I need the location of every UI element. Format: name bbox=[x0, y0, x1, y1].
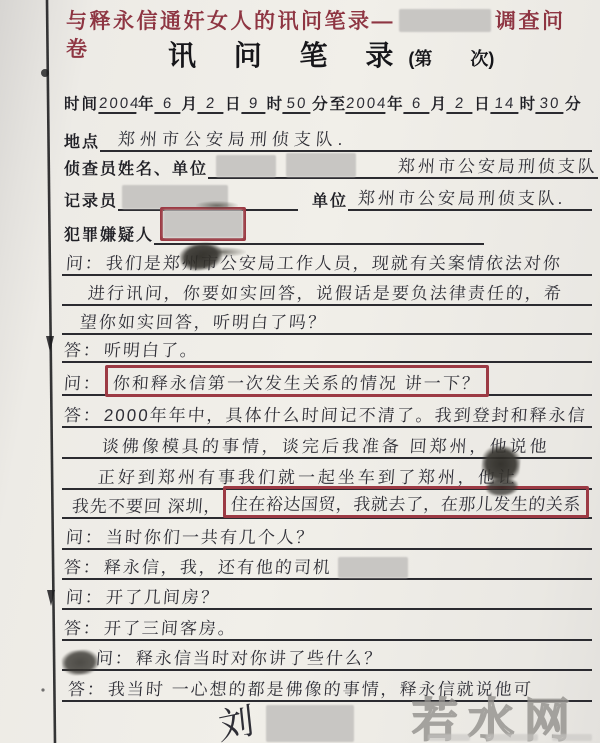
qa-line-2: 望你如实回答，听明白了吗？ bbox=[62, 305, 592, 335]
location-value: 郑州市公安局刑侦支队. bbox=[99, 125, 348, 150]
qa-line-10: 答： 释永信，我，还有他的司机 bbox=[62, 550, 592, 580]
interrogation-record-scan: 与释永信通奸女人的讯问笔录— 调查问 卷 讯 问 笔 录(第次) 时间 2004… bbox=[0, 0, 600, 743]
redacted-box-investigator-name bbox=[216, 155, 276, 177]
signature-character: 刘 bbox=[216, 692, 257, 743]
qa-text: 开了几间房？ bbox=[105, 583, 221, 608]
time-day-start: 2 bbox=[197, 95, 224, 114]
qa-text: 2000年年中，具体什么时间记不清了。我到登封和释永信 bbox=[103, 401, 588, 426]
qa-line-1: 进行讯问，你要如实回答，说假话是要负法律责任的，希 bbox=[62, 276, 592, 306]
location-label: 地点 bbox=[64, 129, 100, 152]
qa-text-boxed: 住在裕达国贸，我就去了，在那儿发生的关系 bbox=[230, 490, 582, 515]
unit-day: 日 bbox=[225, 92, 241, 114]
time-month-end: 6 bbox=[403, 95, 430, 114]
red-annotation-line1: 与释永信通奸女人的讯问笔录— 调查问 bbox=[66, 5, 566, 35]
field-recorder: 记录员 单位 郑州市公安局刑侦支队. bbox=[64, 185, 592, 211]
time-hour-start: 9 bbox=[241, 95, 266, 114]
qa-line-5: 答： 2000年年中，具体什么时间记不清了。我到登封和释永信 bbox=[62, 398, 592, 428]
title-text: 讯 问 笔 录 bbox=[168, 40, 408, 71]
qa-prefix: 答： bbox=[61, 336, 103, 361]
unit-minute: 分 bbox=[312, 92, 328, 114]
recorder-label: 记录员 bbox=[64, 188, 118, 211]
qa-text: 开了三间客房。 bbox=[103, 614, 238, 639]
qa-text: 进行讯问，你要如实回答，说假话是要负法律责任的，希 bbox=[61, 279, 564, 304]
unit-hour2: 时 bbox=[520, 92, 536, 114]
time-minute-end: 30 bbox=[536, 95, 565, 114]
time-month-start: 6 bbox=[154, 95, 181, 114]
qa-prefix: 答： bbox=[61, 401, 103, 426]
qa-line-13: 问： 释永信当时对你讲了些什么？ bbox=[62, 641, 592, 671]
recorder-unit-value: 郑州市公安局刑侦支队. bbox=[347, 184, 566, 209]
redacted-box-investigator-name2 bbox=[286, 153, 356, 177]
time-year-end: 2004 bbox=[345, 95, 386, 114]
qa-line-4: 问： 你和释永信第一次发生关系的情况 讲一下？ bbox=[62, 366, 592, 396]
time-label: 时间 bbox=[64, 92, 99, 114]
field-suspect: 犯罪嫌疑人 bbox=[64, 218, 484, 245]
redacted-box-header bbox=[399, 9, 491, 32]
watermark-subtext-blur-2 bbox=[486, 734, 538, 741]
time-day-end: 2 bbox=[446, 95, 473, 114]
redacted-box-driver-name bbox=[338, 557, 408, 578]
unit-month2: 月 bbox=[431, 92, 447, 114]
time-hour-end: 14 bbox=[490, 95, 519, 114]
ink-smudge-over-text bbox=[178, 240, 223, 273]
qa-text: 释永信当时对你讲了些什么？ bbox=[135, 644, 384, 669]
recorder-unit-label: 单位 bbox=[312, 188, 348, 211]
qa-prefix: 问： bbox=[61, 369, 103, 394]
field-location: 地点 郑州市公安局刑侦支队. bbox=[64, 126, 592, 152]
unit-to: 至 bbox=[330, 92, 346, 114]
qa-prefix: 问： bbox=[61, 523, 105, 548]
qa-text: 释永信，我，还有他的司机 bbox=[103, 553, 333, 578]
investigator-value-line: 郑州市公安局刑侦支队 bbox=[208, 152, 598, 179]
unit-hour: 时 bbox=[267, 92, 283, 114]
red-annotation-text-post: 调查问 bbox=[495, 5, 566, 35]
investigator-label: 侦查员姓名、单位 bbox=[64, 156, 208, 179]
answer-highlight-box: 住在裕达国贸，我就去了，在那儿发生的关系 bbox=[223, 486, 589, 518]
qa-prefix: 问： bbox=[61, 249, 105, 274]
qa-text: 正好到郑州有事我们就一起坐车到了郑州，他让 bbox=[61, 463, 519, 488]
watermark-subtext-blur-3 bbox=[552, 734, 592, 741]
time-year-start: 2004 bbox=[98, 95, 137, 114]
recorder-unit-line: 郑州市公安局刑侦支队. bbox=[348, 184, 592, 211]
suspect-label: 犯罪嫌疑人 bbox=[64, 222, 154, 245]
signature-area: 刘 bbox=[218, 696, 254, 743]
qa-text: 听明白了。 bbox=[103, 336, 200, 361]
document-title: 讯 问 笔 录(第次) bbox=[168, 34, 494, 74]
redacted-box-suspect-name bbox=[163, 210, 243, 238]
qa-text: 谈佛像模具的事情，谈完后我准备 回郑州，他说他 bbox=[61, 432, 550, 457]
title-bracket-close: 次) bbox=[470, 49, 494, 69]
qa-prefix: 答： bbox=[61, 553, 103, 578]
qa-text: 我们是郑州市公安局工作人员，现就有关案情依法对你 bbox=[105, 249, 563, 274]
unit-month: 月 bbox=[182, 92, 198, 114]
qa-prefix: 答： bbox=[61, 675, 107, 700]
field-investigator: 侦查员姓名、单位 郑州市公安局刑侦支队 bbox=[64, 153, 592, 179]
field-time: 时间 2004年 6月 2日 9时 50分 至 2004年 6月 2日 14时 … bbox=[64, 92, 592, 114]
unit-minute2: 分 bbox=[565, 92, 581, 114]
unit-day2: 日 bbox=[474, 92, 490, 114]
qa-prefix: 问： bbox=[61, 583, 105, 608]
question-highlight-box: 你和释永信第一次发生关系的情况 讲一下？ bbox=[105, 365, 489, 397]
qa-prefix: 答： bbox=[61, 614, 103, 639]
ink-mark-above-suspect-box bbox=[196, 201, 238, 210]
redacted-box-signature bbox=[266, 705, 354, 742]
time-minute-start: 50 bbox=[282, 95, 311, 114]
red-annotation-line2: 卷 bbox=[66, 33, 90, 63]
watermark-subtext-blur-1 bbox=[428, 734, 470, 741]
red-annotation-text-pre: 与释永信通奸女人的讯问笔录— bbox=[66, 5, 395, 35]
suspect-value-line bbox=[154, 209, 484, 245]
investigator-unit-value: 郑州市公安局刑侦支队 bbox=[397, 152, 599, 177]
ink-smudge-before-question bbox=[61, 648, 99, 676]
qa-line-0: 问： 我们是郑州市公安局工作人员，现就有关案情依法对你 bbox=[62, 246, 592, 276]
qa-line-3: 答： 听明白了。 bbox=[62, 333, 592, 363]
title-bracket-open: (第 bbox=[408, 49, 432, 69]
qa-text: 望你如实回答，听明白了吗？ bbox=[61, 308, 328, 333]
suspect-redaction-highlight-box bbox=[160, 207, 246, 241]
qa-text: 当时你们一共有几个人？ bbox=[105, 523, 316, 548]
ink-blotch-right-margin-2 bbox=[485, 477, 518, 497]
qa-line-12: 答： 开了三间客房。 bbox=[62, 611, 592, 641]
unit-year2: 年 bbox=[387, 92, 403, 114]
qa-text: 我先不要回 深圳， bbox=[61, 492, 222, 517]
qa-text: 你和释永信第一次发生关系的情况 讲一下？ bbox=[112, 369, 481, 394]
location-value-line: 郑州市公安局刑侦支队. bbox=[100, 125, 592, 152]
qa-line-11: 问： 开了几间房？ bbox=[62, 580, 592, 610]
qa-line-9: 问： 当时你们一共有几个人？ bbox=[62, 520, 592, 550]
